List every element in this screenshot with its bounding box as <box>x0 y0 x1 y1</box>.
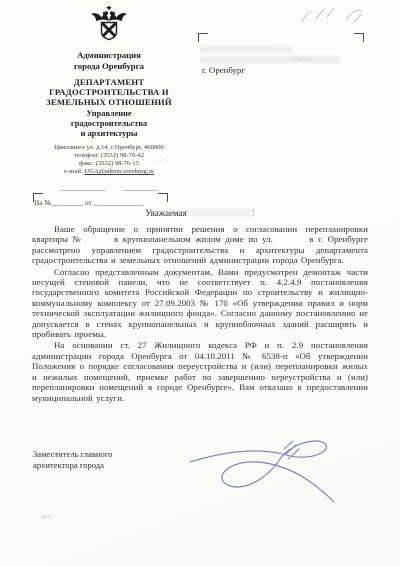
org-email: UGA@admin.orenburg.ru <box>85 168 154 175</box>
pencil-annotation <box>296 2 366 28</box>
recipient-name-redacted <box>200 46 292 52</box>
scanned-letter-page: Администрация города Оренбурга ДЕПАРТАМЕ… <box>0 0 400 566</box>
dept-name-line1: ДЕПАРТАМЕНТ <box>18 77 200 87</box>
executor-marks-redacted-2: · ·· · · <box>38 524 108 530</box>
outgoing-date-blank: _____________ <box>60 184 106 192</box>
dept-name-line3: ЗЕМЕЛЬНЫХ ОТНОШЕНИЙ <box>18 97 200 107</box>
signatory-title-line1: Заместитель главного <box>33 449 112 460</box>
executor-marks-redacted-1: ·пел· <box>40 514 86 520</box>
erased-date-marks: . ., -.. <box>78 157 168 165</box>
recipient-bracket-right <box>354 33 364 42</box>
address-zone-bracket-right <box>158 193 168 202</box>
salutation-text: Уважаемая <box>145 208 186 218</box>
recipient-city: г. Оренбург <box>202 65 245 75</box>
division-name-line1: Управление <box>18 109 200 119</box>
dept-name-line2: ГРАДОСТРОИТЕЛЬСТВА И <box>18 87 200 97</box>
division-name-line3: и архитектуры <box>18 129 200 139</box>
letterhead: Администрация города Оренбурга ДЕПАРТАМЕ… <box>18 6 200 207</box>
handwritten-signature <box>188 432 368 512</box>
body-paragraph-2: Согласно представленным документам, Вами… <box>32 267 368 340</box>
org-email-row: e-mail: UGA@admin.orenburg.ru <box>18 168 200 176</box>
body-paragraph-3: На основании ст. 27 Жилищного кодекса РФ… <box>32 340 368 402</box>
recipient-address-redacted <box>200 56 340 63</box>
incoming-ref-line: На №_________ от ______________ <box>18 199 200 207</box>
orenburg-coat-of-arms-icon <box>89 6 129 46</box>
org-email-label: e-mail: <box>64 168 83 175</box>
salutation-name-redacted <box>190 209 252 217</box>
outgoing-ref-blanks: _____________ __________ <box>18 184 200 192</box>
signatory-title-line2: архитектора города <box>33 460 112 471</box>
letter-body: Ваше обращение о принятии решения о согл… <box>32 224 368 404</box>
address-zone-bracket-left <box>33 193 43 202</box>
salutation-suffix: ! <box>252 208 255 218</box>
org-address: Цвиллинга ул. д.14, г.Оренбург, 460000 <box>18 144 200 152</box>
org-name-line1: Администрация <box>18 50 200 61</box>
outgoing-number-blank: __________ <box>123 184 158 192</box>
salutation-line: Уважаемая! <box>32 208 368 218</box>
org-name-line2: города Оренбурга <box>18 61 200 72</box>
division-name-line2: градостроительства <box>18 119 200 129</box>
body-paragraph-1: Ваше обращение о принятии решения о согл… <box>32 224 368 266</box>
recipient-redacted-marks: . ., . .., <box>294 54 310 61</box>
recipient-zone: . ., . .., г. Оренбург <box>198 33 368 83</box>
signatory-title: Заместитель главного архитектора города <box>33 449 112 470</box>
recipient-bracket-left <box>198 33 208 42</box>
